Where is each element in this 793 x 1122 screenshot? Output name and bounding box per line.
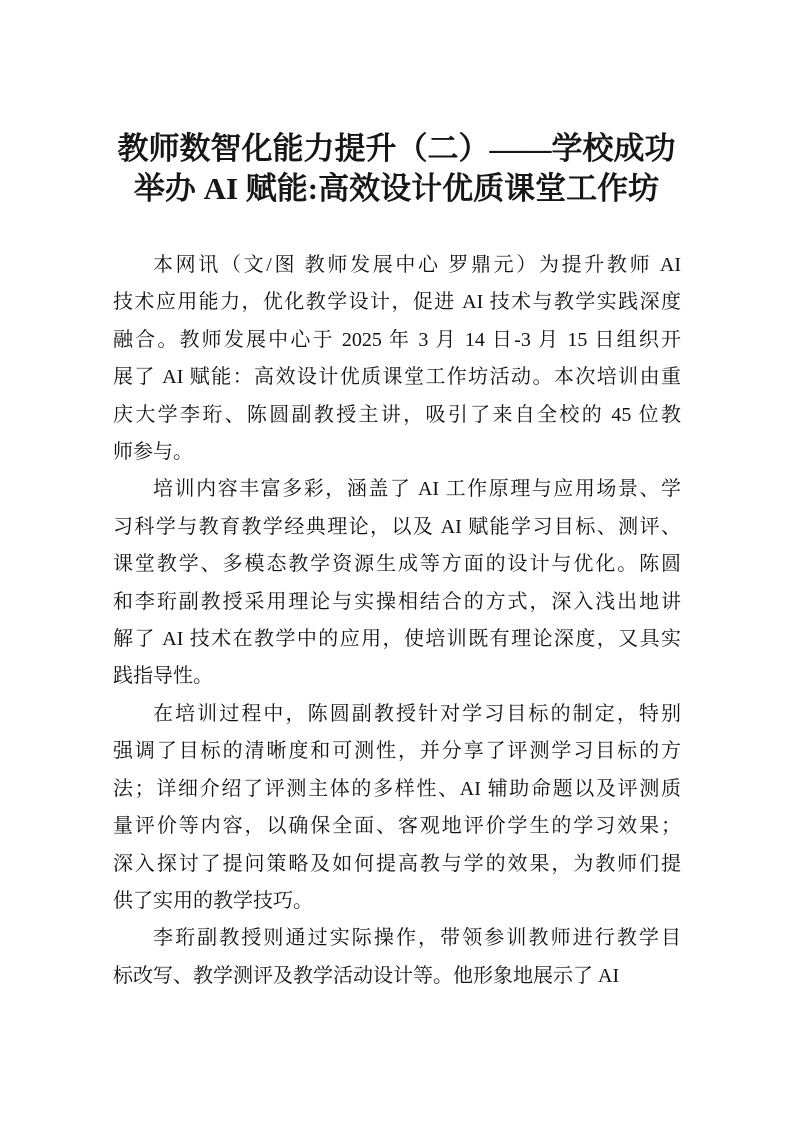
paragraph-2: 培训内容丰富多彩，涵盖了 AI 工作原理与应用场景、学 习科学与教育教学经典理论… xyxy=(113,471,681,695)
document-title-line-2: 举办 AI 赋能:高效设计优质课堂工作坊 xyxy=(40,169,753,209)
text-line: 深入探讨了提问策略及如何提高教与学的效果，为教师们提 xyxy=(113,846,681,883)
text-line: 李珩副教授则通过实际操作，带领参训教师进行教学目 xyxy=(113,920,681,957)
text-line: 法；详细介绍了评测主体的多样性、AI 辅助命题以及评测质 xyxy=(113,771,681,808)
document-title: 教师数智化能力提升（二）——学校成功 举办 AI 赋能:高效设计优质课堂工作坊 xyxy=(40,129,753,209)
paragraph-4: 李珩副教授则通过实际操作，带领参训教师进行教学目 标改写、教学测评及教学活动设计… xyxy=(113,920,681,995)
text-line: 本网讯（文/图 教师发展中心 罗鼎元）为提升教师 AI xyxy=(113,247,681,284)
text-line: 践指导性。 xyxy=(113,658,681,695)
text-line: 强调了目标的清晰度和可测性，并分享了评测学习目标的方 xyxy=(113,733,681,770)
text-line: 师参与。 xyxy=(113,434,681,471)
paragraph-1: 本网讯（文/图 教师发展中心 罗鼎元）为提升教师 AI 技术应用能力，优化教学设… xyxy=(113,247,681,471)
document-body: 本网讯（文/图 教师发展中心 罗鼎元）为提升教师 AI 技术应用能力，优化教学设… xyxy=(113,247,681,995)
text-line: 供了实用的教学技巧。 xyxy=(113,883,681,920)
text-line: 和李珩副教授采用理论与实操相结合的方式，深入浅出地讲 xyxy=(113,584,681,621)
text-line: 培训内容丰富多彩，涵盖了 AI 工作原理与应用场景、学 xyxy=(113,471,681,508)
text-line: 展了 AI 赋能：高效设计优质课堂工作坊活动。本次培训由重 xyxy=(113,359,681,396)
text-line: 课堂教学、多模态教学资源生成等方面的设计与优化。陈圆 xyxy=(113,546,681,583)
text-line: 解了 AI 技术在教学中的应用，使培训既有理论深度，又具实 xyxy=(113,621,681,658)
text-line: 在培训过程中，陈圆副教授针对学习目标的制定，特别 xyxy=(113,696,681,733)
text-line: 标改写、教学测评及教学活动设计等。他形象地展示了 AI xyxy=(113,958,681,995)
text-line: 庆大学李珩、陈圆副教授主讲，吸引了来自全校的 45 位教 xyxy=(113,397,681,434)
text-line: 融合。教师发展中心于 2025 年 3 月 14 日-3 月 15 日组织开 xyxy=(113,322,681,359)
text-line: 量评价等内容，以确保全面、客观地评价学生的学习效果； xyxy=(113,808,681,845)
document-page: 教师数智化能力提升（二）——学校成功 举办 AI 赋能:高效设计优质课堂工作坊 … xyxy=(0,0,793,1122)
text-line: 技术应用能力，优化教学设计，促进 AI 技术与教学实践深度 xyxy=(113,284,681,321)
text-line: 习科学与教育教学经典理论，以及 AI 赋能学习目标、测评、 xyxy=(113,509,681,546)
paragraph-3: 在培训过程中，陈圆副教授针对学习目标的制定，特别 强调了目标的清晰度和可测性，并… xyxy=(113,696,681,920)
document-title-line-1: 教师数智化能力提升（二）——学校成功 xyxy=(40,129,753,169)
